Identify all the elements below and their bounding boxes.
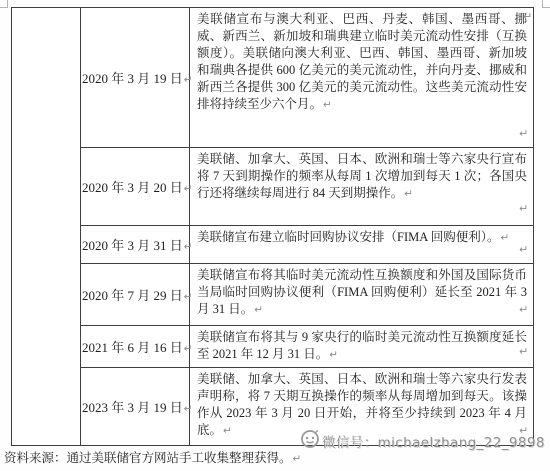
content-text: 美联储宣布将其临时美元流动性互换额度和外国及国际货币当局临时回购协议便利（FIM… <box>197 268 527 316</box>
row-end-mark-icon: ↵ <box>519 304 528 315</box>
table-row: 2020 年 3 月 31 日↵ 美联储宣布建立临时回购协议安排（FIMA 回购… <box>12 226 534 264</box>
content-cell: 美联储宣布与澳大利亚、巴西、丹麦、韩国、墨西哥、挪威、新西兰、新加坡和瑞典建立临… <box>190 8 534 148</box>
return-mark-icon: ↵ <box>499 232 509 244</box>
date-cell: 2020 年 3 月 20 日↵ <box>81 148 190 226</box>
content-cell: 美联储、加拿大、英国、日本、欧洲和瑞士等六家央行宣布将 7 天到期操作的频率从每… <box>190 148 534 226</box>
date-cell: 2023 年 3 月 19 日↵ <box>81 368 190 446</box>
date-cell: 2020 年 3 月 31 日↵ <box>81 226 190 264</box>
table-row: 2020 年 3 月 20 日↵ 美联储、加拿大、英国、日本、欧洲和瑞士等六家央… <box>12 148 534 226</box>
date-cell: 2021 年 6 月 16 日↵ <box>81 326 190 368</box>
smiley-doodle-icon <box>299 427 321 454</box>
paragraph-mark-icon: ↵ <box>523 11 532 22</box>
content-text: 美联储宣布与澳大利亚、巴西、丹麦、韩国、墨西哥、挪威、新西兰、新加坡和瑞典建立临… <box>197 12 527 111</box>
return-mark-icon: ↵ <box>292 453 302 465</box>
date-cell: 2020 年 3 月 19 日↵ <box>81 8 190 148</box>
row-end-mark-icon: ↵ <box>519 244 528 255</box>
document-page: 2020 年 3 月 19 日↵ 美联储宣布与澳大利亚、巴西、丹麦、韩国、墨西哥… <box>0 0 550 471</box>
content-cell: 美联储宣布建立临时回购协议安排（FIMA 回购便利）。↵ <box>190 226 534 264</box>
content-text: 美联储、加拿大、英国、日本、欧洲和瑞士等六家央行宣布将 7 天到期操作的频率从每… <box>197 152 527 200</box>
return-mark-icon: ↵ <box>183 343 193 355</box>
watermark: 微信号：michaelzhang_22_9898 <box>299 427 545 454</box>
page-corner-mark-top-left <box>0 0 8 8</box>
return-mark-icon: ↵ <box>328 349 338 361</box>
content-text: 美联储宣布将其与 9 家央行的临时美元流动性互换额度延长至 2021 年 12 … <box>197 330 527 361</box>
date-cell: 2020 年 7 月 29 日↵ <box>81 264 190 326</box>
date-text: 2021 年 6 月 16 日 <box>82 340 183 355</box>
content-text: 美联储宣布建立临时回购协议安排（FIMA 回购便利）。 <box>197 230 499 244</box>
return-mark-icon: ↵ <box>183 74 193 86</box>
date-text: 2020 年 3 月 19 日 <box>82 71 183 86</box>
continuation-spacer-cell <box>12 8 81 446</box>
return-mark-icon: ↵ <box>183 241 193 253</box>
date-text: 2020 年 7 月 29 日 <box>82 288 183 303</box>
row-end-mark-icon: ↵ <box>519 203 528 214</box>
row-end-mark-icon: ↵ <box>519 346 528 357</box>
content-cell: 美联储宣布将其与 9 家央行的临时美元流动性互换额度延长至 2021 年 12 … <box>190 326 534 368</box>
date-text: 2020 年 3 月 31 日 <box>82 238 183 253</box>
return-mark-icon: ↵ <box>183 291 193 303</box>
return-mark-icon: ↵ <box>183 403 193 415</box>
return-mark-icon: ↵ <box>322 99 332 111</box>
return-mark-icon: ↵ <box>222 425 232 437</box>
source-note-text: 资料来源：通过美联储官方网站手工收集整理获得。 <box>4 451 292 465</box>
table-row: 2020 年 7 月 29 日↵ 美联储宣布将其临时美元流动性互换额度和外国及国… <box>12 264 534 326</box>
return-mark-icon: ↵ <box>183 183 193 195</box>
date-text: 2020 年 3 月 20 日 <box>82 180 183 195</box>
table-row: 2021 年 6 月 16 日↵ 美联储宣布将其与 9 家央行的临时美元流动性互… <box>12 326 534 368</box>
source-note: 资料来源：通过美联储官方网站手工收集整理获得。↵ <box>4 448 301 466</box>
return-mark-icon: ↵ <box>253 304 263 316</box>
watermark-text: 微信号：michaelzhang_22_9898 <box>322 431 545 451</box>
document-table: 2020 年 3 月 19 日↵ 美联储宣布与澳大利亚、巴西、丹麦、韩国、墨西哥… <box>11 7 534 446</box>
page-corner-mark-top-right <box>542 0 550 8</box>
row-end-mark-icon: ↵ <box>519 128 528 139</box>
content-cell: 美联储宣布将其临时美元流动性互换额度和外国及国际货币当局临时回购协议便利（FIM… <box>190 264 534 326</box>
date-text: 2023 年 3 月 19 日 <box>82 400 183 415</box>
table-row: 2020 年 3 月 19 日↵ 美联储宣布与澳大利亚、巴西、丹麦、韩国、墨西哥… <box>12 8 534 148</box>
return-mark-icon: ↵ <box>403 188 413 200</box>
